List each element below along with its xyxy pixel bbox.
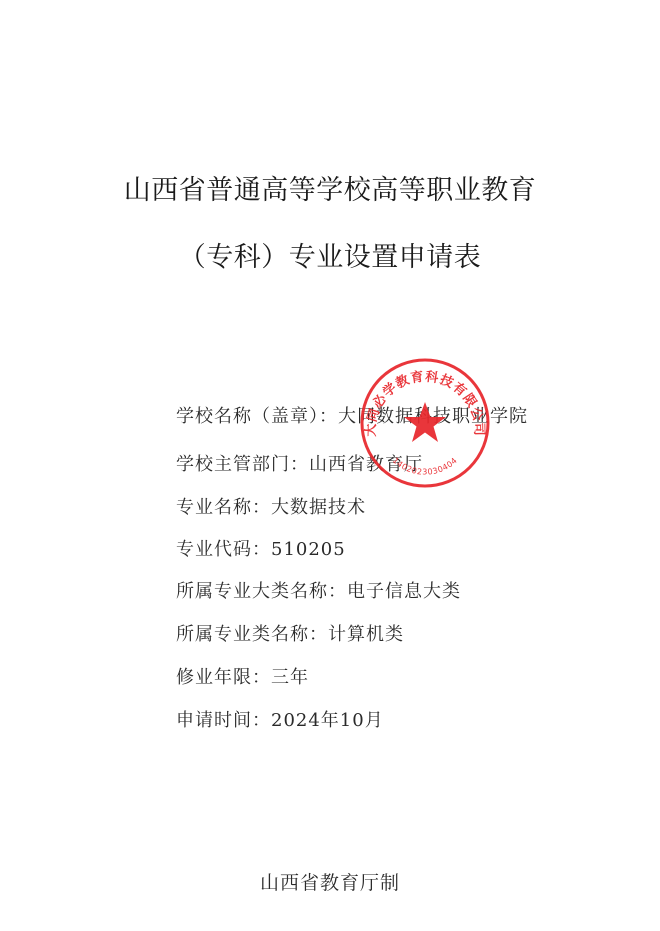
field-label: 所属专业大类名称： — [176, 581, 347, 602]
field-study-duration: 修业年限：三年 — [176, 663, 309, 689]
field-label: 学校名称（盖章）： — [176, 406, 338, 427]
field-value: 山西省教育厅 — [309, 454, 423, 475]
field-label: 修业年限： — [176, 667, 271, 688]
field-major-category: 所属专业大类名称：电子信息大类 — [176, 577, 461, 603]
field-value: 大同数据科技职业学院 — [338, 406, 528, 427]
field-value: 三年 — [271, 667, 309, 688]
field-label: 专业名称： — [176, 497, 271, 518]
field-major-class: 所属专业类名称：计算机类 — [176, 620, 404, 646]
field-value: 大数据技术 — [271, 497, 366, 518]
field-value: 电子信息大类 — [347, 581, 461, 602]
field-label: 所属专业类名称： — [176, 624, 328, 645]
document-title-line2: （专科）专业设置申请表 — [0, 235, 660, 274]
field-major-name: 专业名称：大数据技术 — [176, 493, 366, 519]
field-value: 计算机类 — [328, 624, 404, 645]
field-value: 510205 — [271, 539, 346, 560]
field-application-date: 申请时间：2024年10月 — [176, 706, 384, 732]
field-school-name: 学校名称（盖章）：大同数据科技职业学院 — [176, 402, 528, 428]
field-major-code: 专业代码：510205 — [176, 535, 346, 561]
document-footer: 山西省教育厅制 — [0, 868, 660, 895]
field-supervising-department: 学校主管部门：山西省教育厅 — [176, 450, 423, 476]
field-value: 2024年10月 — [271, 710, 384, 731]
field-label: 申请时间： — [176, 710, 271, 731]
document-title-line1: 山西省普通高等学校高等职业教育 — [0, 168, 660, 207]
field-label: 专业代码： — [176, 539, 271, 560]
field-label: 学校主管部门： — [176, 454, 309, 475]
